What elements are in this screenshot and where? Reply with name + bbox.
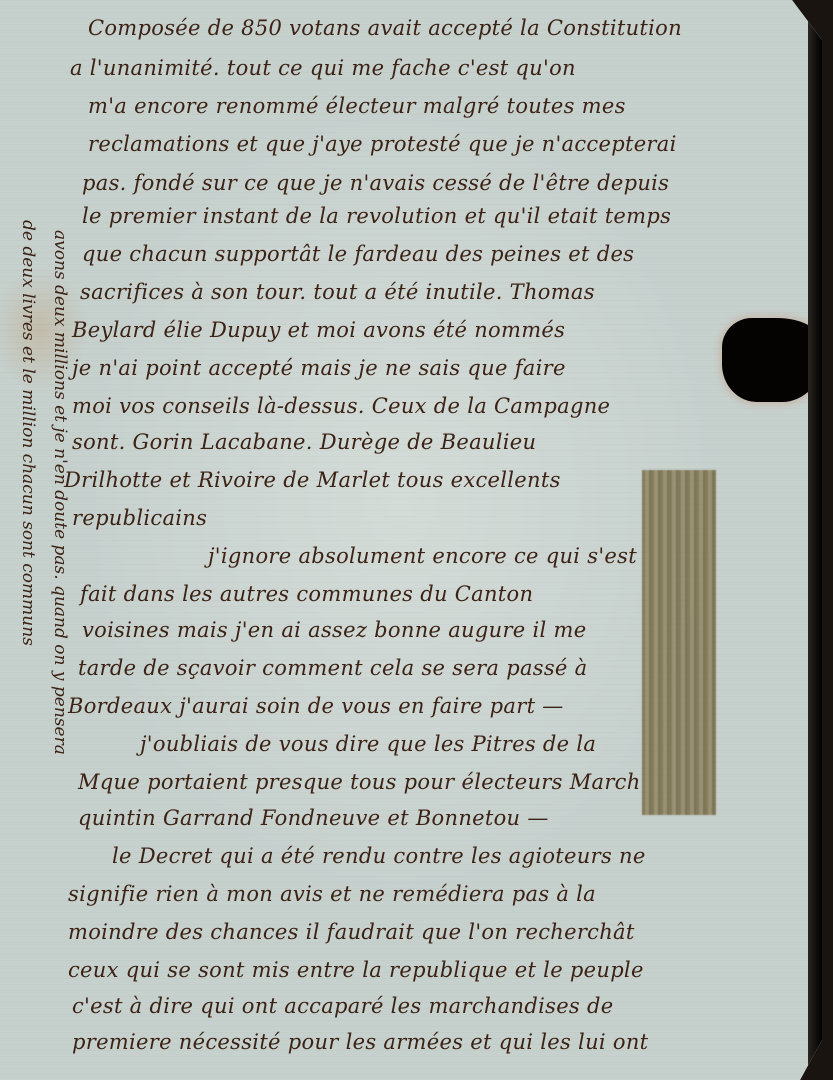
manuscript-page: Composée de 850 votans avait accepté la … (0, 0, 822, 1080)
margin-note-inner: avons deux millions et je n'en doute pas… (50, 230, 70, 755)
letter-body-continued (88, 0, 818, 1080)
page-edge (808, 0, 822, 1080)
margin-note-outer: de deux livres et le million chacun sont… (18, 220, 38, 646)
